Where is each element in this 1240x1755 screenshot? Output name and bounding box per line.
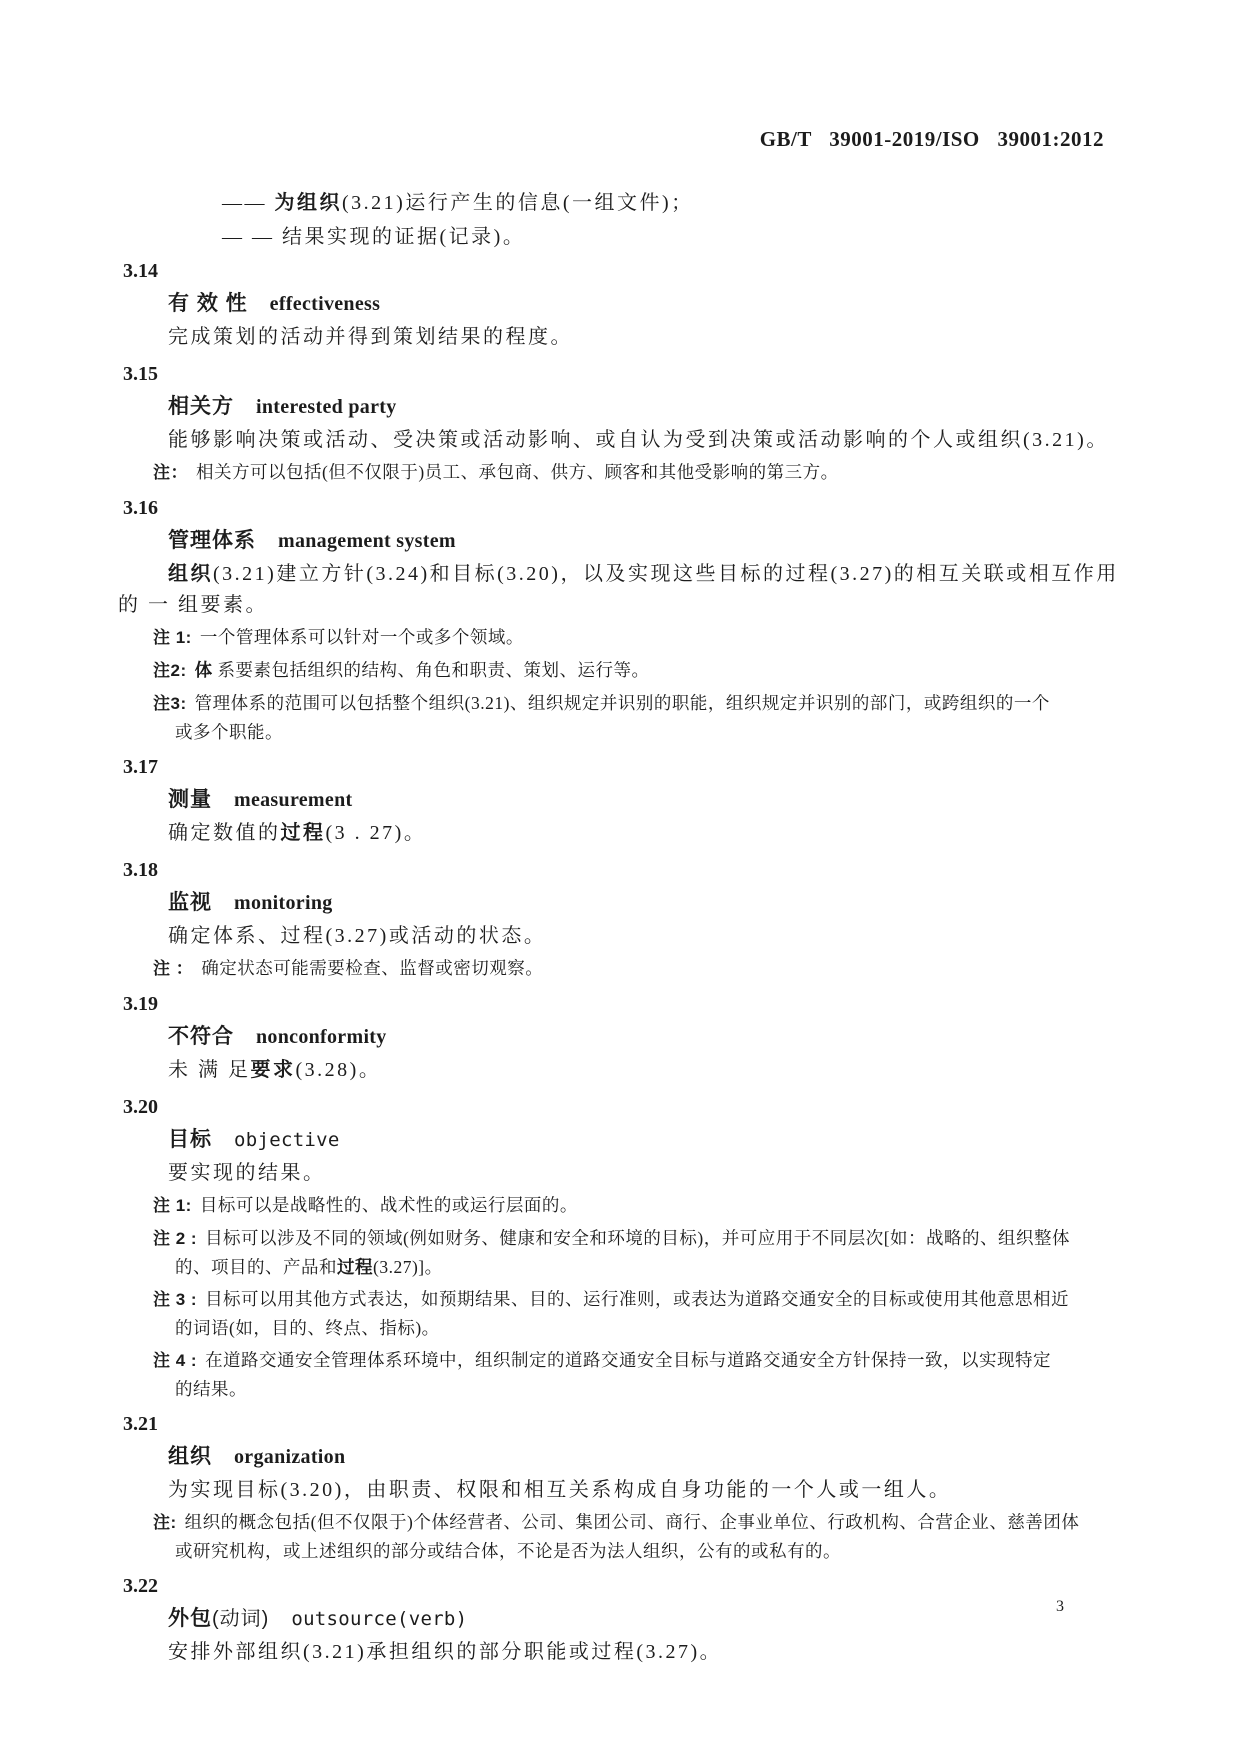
definition-line: 确定数值的过程(3 . 27)。 [118,818,1120,849]
term-heading: 管理体系management system [118,525,1120,559]
term-en: monitoring [234,892,333,914]
term-zh: 监视 [168,891,212,914]
term-en: interested party [256,396,397,418]
bold-term-ref: 为组织 [275,192,343,214]
note-label: 注 4 : [153,1351,197,1370]
term-zh: 组织 [168,1445,212,1468]
definition-line: 能够影响决策或活动、受决策或活动影响、或自认为受到决策或活动影响的个人或组织(3… [118,425,1120,456]
term-en: measurement [234,789,352,811]
note: 注:组织的概念包括(但不仅限于)个体经营者、公司、集团公司、商行、企事业单位、行… [118,1508,1120,1565]
term-en: management system [278,530,456,552]
note: 注3:管理体系的范围可以包括整个组织(3.21)、组织规定并识别的职能，组织规定… [118,689,1120,746]
sections: 3.14有 效 性effectiveness完成策划的活动并得到策划结果的程度。… [118,254,1120,1668]
clause-number: 3.22 [118,1569,1120,1603]
text-segment: 确定体系、过程(3.27)或活动的状态。 [168,925,546,947]
text-segment: 或研究机构，或上述组织的部分或结合体，不论是否为法人组织，公有的或私有的。 [175,1541,841,1561]
text-segment: 要实现的结果。 [168,1162,326,1184]
clause-number: 3.16 [118,491,1120,525]
term-heading: 目标objective [118,1124,1120,1158]
term-zh: 有 效 性 [168,292,248,315]
text-segment: 组织的概念包括(但不仅限于)个体经营者、公司、集团公司、商行、企事业单位、行政机… [185,1512,1080,1532]
term-section: 3.15相关方interested party能够影响决策或活动、受决策或活动影… [118,357,1120,487]
text-segment: 相关方可以包括(但不仅限于)员工、承包商、供方、顾客和其他受影响的第三方。 [196,462,839,482]
term-section: 3.18监视monitoring确定体系、过程(3.27)或活动的状态。注 ：确… [118,853,1120,983]
document-page: GB/T 39001-2019/ISO 39001:2012 —— 为组织(3.… [0,0,1240,1755]
list-item: — — 结果实现的证据(记录)。 [118,220,1120,254]
text-segment: 确定状态可能需要检查、监督或密切观察。 [201,958,543,978]
text-segment: 在道路交通安全管理体系环境中，组织制定的道路交通安全目标与道路交通安全方针保持一… [205,1350,1051,1370]
text-segment: — — 结果实现的证据(记录)。 [222,226,525,248]
definition-line: 确定体系、过程(3.27)或活动的状态。 [118,921,1120,952]
notes-block: 注：相关方可以包括(但不仅限于)员工、承包商、供方、顾客和其他受影响的第三方。 [118,458,1120,487]
term-zh: 外包 [168,1607,212,1630]
clause-number: 3.20 [118,1090,1120,1124]
text-segment: 的词语(如，目的、终点、指标)。 [175,1318,440,1338]
text-segment: 的 一 组要素。 [118,594,268,616]
notes-block: 注 1:一个管理体系可以针对一个或多个领域。注2:体 系要素包括组织的结构、角色… [118,623,1120,746]
clause-number: 3.18 [118,853,1120,887]
clause-number: 3.14 [118,254,1120,288]
definition-line: 组织(3.21)建立方针(3.24)和目标(3.20)，以及实现这些目标的过程(… [118,559,1120,590]
bold-term-ref: 要求 [251,1059,296,1081]
note-label: 注 1: [153,628,192,647]
text-segment: 目标可以是战略性的、战术性的或运行层面的。 [200,1195,578,1215]
text-segment: (3 . 27)。 [326,822,427,844]
term-heading: 有 效 性effectiveness [118,288,1120,322]
note-line: 的、项目的、产品和过程(3.27)]。 [118,1253,1120,1281]
text-segment: 为实现目标(3.20)，由职责、权限和相互关系构成自身功能的一个人或一组人。 [168,1479,951,1501]
text-segment: 未 满 足 [168,1059,251,1081]
clause-number: 3.15 [118,357,1120,391]
note: 注 1:一个管理体系可以针对一个或多个领域。 [118,623,1120,652]
clause-number: 3.17 [118,750,1120,784]
definition-line: 的 一 组要素。 [118,590,1120,621]
text-segment: 完成策划的活动并得到策划结果的程度。 [168,326,573,348]
bold-term-ref: 体 [195,660,213,680]
term-en: objective [234,1129,340,1151]
note-line: 的词语(如，目的、终点、指标)。 [118,1314,1120,1342]
term-en: nonconformity [256,1026,387,1048]
term-section: 3.17测量measurement确定数值的过程(3 . 27)。 [118,750,1120,849]
definition-line: 未 满 足要求(3.28)。 [118,1055,1120,1086]
clause-number: 3.19 [118,987,1120,1021]
note-label: 注 1: [153,1196,192,1215]
note: 注 1:目标可以是战略性的、战术性的或运行层面的。 [118,1191,1120,1220]
term-zh: 不符合 [168,1025,234,1048]
note: 注 3 :目标可以用其他方式表达，如预期结果、目的、运行准则，或表达为道路交通安… [118,1285,1120,1342]
text-segment: 能够影响决策或活动、受决策或活动影响、或自认为受到决策或活动影响的个人或组织(3… [168,429,1109,451]
definition-line: 要实现的结果。 [118,1158,1120,1189]
note-label: 注： [153,463,188,482]
note-line: 或研究机构，或上述组织的部分或结合体，不论是否为法人组织，公有的或私有的。 [118,1537,1120,1565]
list-item: —— 为组织(3.21)运行产生的信息(一组文件)； [118,186,1120,220]
term-heading: 外包(动词)outsource(verb) [118,1603,1120,1637]
term-zh: 目标 [168,1128,212,1151]
text-segment: 一个管理体系可以针对一个或多个领域。 [200,627,524,647]
term-heading: 相关方interested party [118,391,1120,425]
term-heading: 监视monitoring [118,887,1120,921]
term-zh: 相关方 [168,395,234,418]
notes-block: 注 1:目标可以是战略性的、战术性的或运行层面的。注 2 :目标可以涉及不同的领… [118,1191,1120,1403]
text-segment: (3.21)运行产生的信息(一组文件)； [342,192,694,214]
notes-block: 注:组织的概念包括(但不仅限于)个体经营者、公司、集团公司、商行、企事业单位、行… [118,1508,1120,1565]
text-segment: 安排外部组织(3.21)承担组织的部分职能或过程(3.27)。 [168,1641,722,1663]
note-line: 或多个职能。 [118,718,1120,746]
text-segment: 管理体系的范围可以包括整个组织(3.21)、组织规定并识别的职能，组织规定并识别… [195,693,1050,713]
note-line: 注 4 :在道路交通安全管理体系环境中，组织制定的道路交通安全目标与道路交通安全… [118,1346,1120,1375]
text-segment: (3.27)]。 [373,1257,443,1277]
term-section: 3.22外包(动词)outsource(verb)安排外部组织(3.21)承担组… [118,1569,1120,1668]
note: 注 4 :在道路交通安全管理体系环境中，组织制定的道路交通安全目标与道路交通安全… [118,1346,1120,1403]
note-label: 注: [153,1513,177,1532]
term-section: 3.14有 效 性effectiveness完成策划的活动并得到策划结果的程度。 [118,254,1120,353]
note-label: 注 3 : [153,1290,197,1309]
note: 注 ：确定状态可能需要检查、监督或密切观察。 [118,954,1120,983]
term-section: 3.21组织organization为实现目标(3.20)，由职责、权限和相互关… [118,1407,1120,1565]
term-heading: 测量measurement [118,784,1120,818]
note-line: 注 3 :目标可以用其他方式表达，如预期结果、目的、运行准则，或表达为道路交通安… [118,1285,1120,1314]
note-label: 注3: [153,694,187,713]
text-segment: (3.21)建立方针(3.24)和目标(3.20)，以及实现这些目标的过程(3.… [213,563,1119,585]
note-label: 注2: [153,661,187,680]
intro-list: —— 为组织(3.21)运行产生的信息(一组文件)；— — 结果实现的证据(记录… [118,186,1120,254]
text-segment: 的、项目的、产品和 [175,1257,337,1277]
note-line: 注 2 :目标可以涉及不同的领域(例如财务、健康和安全和环境的目标)，并可应用于… [118,1224,1120,1253]
term-section: 3.16管理体系management system组织(3.21)建立方针(3.… [118,491,1120,746]
note-line: 注 ：确定状态可能需要检查、监督或密切观察。 [118,954,1120,983]
term-zh-suffix: (动词) [212,1608,269,1630]
term-en: outsource(verb) [291,1608,467,1630]
term-heading: 组织organization [118,1441,1120,1475]
note-line: 注:组织的概念包括(但不仅限于)个体经营者、公司、集团公司、商行、企事业单位、行… [118,1508,1120,1537]
text-segment: —— [222,192,275,214]
text-segment: (3.28)。 [296,1059,382,1081]
term-en: organization [234,1446,345,1468]
term-section: 3.20目标objective要实现的结果。注 1:目标可以是战略性的、战术性的… [118,1090,1120,1403]
term-section: 3.19不符合nonconformity未 满 足要求(3.28)。 [118,987,1120,1086]
note-line: 注：相关方可以包括(但不仅限于)员工、承包商、供方、顾客和其他受影响的第三方。 [118,458,1120,487]
notes-block: 注 ：确定状态可能需要检查、监督或密切观察。 [118,954,1120,983]
text-segment: 或多个职能。 [175,722,283,742]
note-label: 注 2 : [153,1229,197,1248]
note-line: 的结果。 [118,1375,1120,1403]
note: 注：相关方可以包括(但不仅限于)员工、承包商、供方、顾客和其他受影响的第三方。 [118,458,1120,487]
text-segment: 的结果。 [175,1379,247,1399]
term-heading: 不符合nonconformity [118,1021,1120,1055]
term-zh: 测量 [168,788,212,811]
text-segment: 确定数值的 [168,822,281,844]
term-zh: 管理体系 [168,529,256,552]
note-line: 注 1:目标可以是战略性的、战术性的或运行层面的。 [118,1191,1120,1220]
bold-term-ref: 过程 [337,1257,373,1277]
note-line: 注3:管理体系的范围可以包括整个组织(3.21)、组织规定并识别的职能，组织规定… [118,689,1120,718]
standard-code-header: GB/T 39001-2019/ISO 39001:2012 [118,126,1120,152]
bold-term-ref: 组织 [168,563,213,585]
text-segment: 系要素包括组织的结构、角色和职责、策划、运行等。 [213,660,650,680]
text-segment: 目标可以用其他方式表达，如预期结果、目的、运行准则，或表达为道路交通安全的目标或… [205,1289,1069,1309]
note-label: 注 ： [153,959,193,978]
note: 注 2 :目标可以涉及不同的领域(例如财务、健康和安全和环境的目标)，并可应用于… [118,1224,1120,1281]
note-line: 注2:体 系要素包括组织的结构、角色和职责、策划、运行等。 [118,656,1120,685]
text-segment: 目标可以涉及不同的领域(例如财务、健康和安全和环境的目标)，并可应用于不同层次[… [205,1228,1070,1248]
definition-line: 完成策划的活动并得到策划结果的程度。 [118,322,1120,353]
note-line: 注 1:一个管理体系可以针对一个或多个领域。 [118,623,1120,652]
page-number: 3 [1056,1598,1064,1616]
definition-line: 为实现目标(3.20)，由职责、权限和相互关系构成自身功能的一个人或一组人。 [118,1475,1120,1506]
term-en: effectiveness [270,293,381,315]
bold-term-ref: 过程 [281,822,326,844]
definition-line: 安排外部组织(3.21)承担组织的部分职能或过程(3.27)。 [118,1637,1120,1668]
clause-number: 3.21 [118,1407,1120,1441]
note: 注2:体 系要素包括组织的结构、角色和职责、策划、运行等。 [118,656,1120,685]
